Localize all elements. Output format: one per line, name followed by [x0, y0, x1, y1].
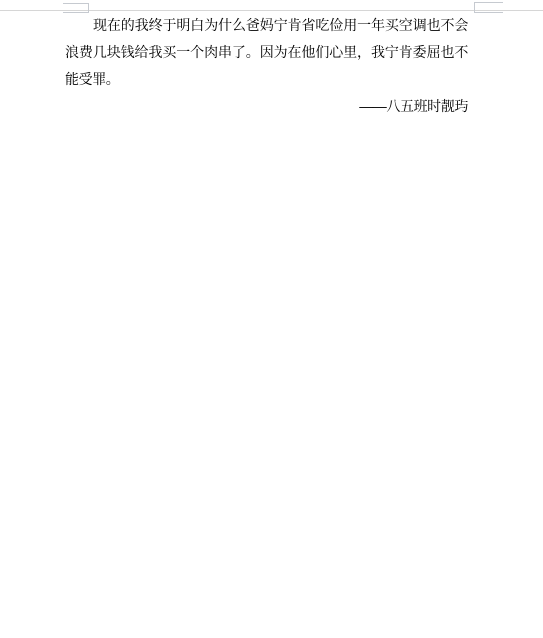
document-text-area[interactable]: 现在的我终于明白为什么爸妈宁肯省吃俭用一年买空调也不会浪费几块钱给我买一个肉串了…	[65, 12, 468, 120]
margin-crop-mark-right	[474, 2, 503, 13]
signature-line[interactable]: ——八五班时靓玙	[65, 93, 468, 120]
document-page[interactable]: 现在的我终于明白为什么爸妈宁肯省吃俭用一年买空调也不会浪费几块钱给我买一个肉串了…	[0, 0, 543, 638]
paragraph-text[interactable]: 现在的我终于明白为什么爸妈宁肯省吃俭用一年买空调也不会浪费几块钱给我买一个肉串了…	[65, 12, 468, 93]
